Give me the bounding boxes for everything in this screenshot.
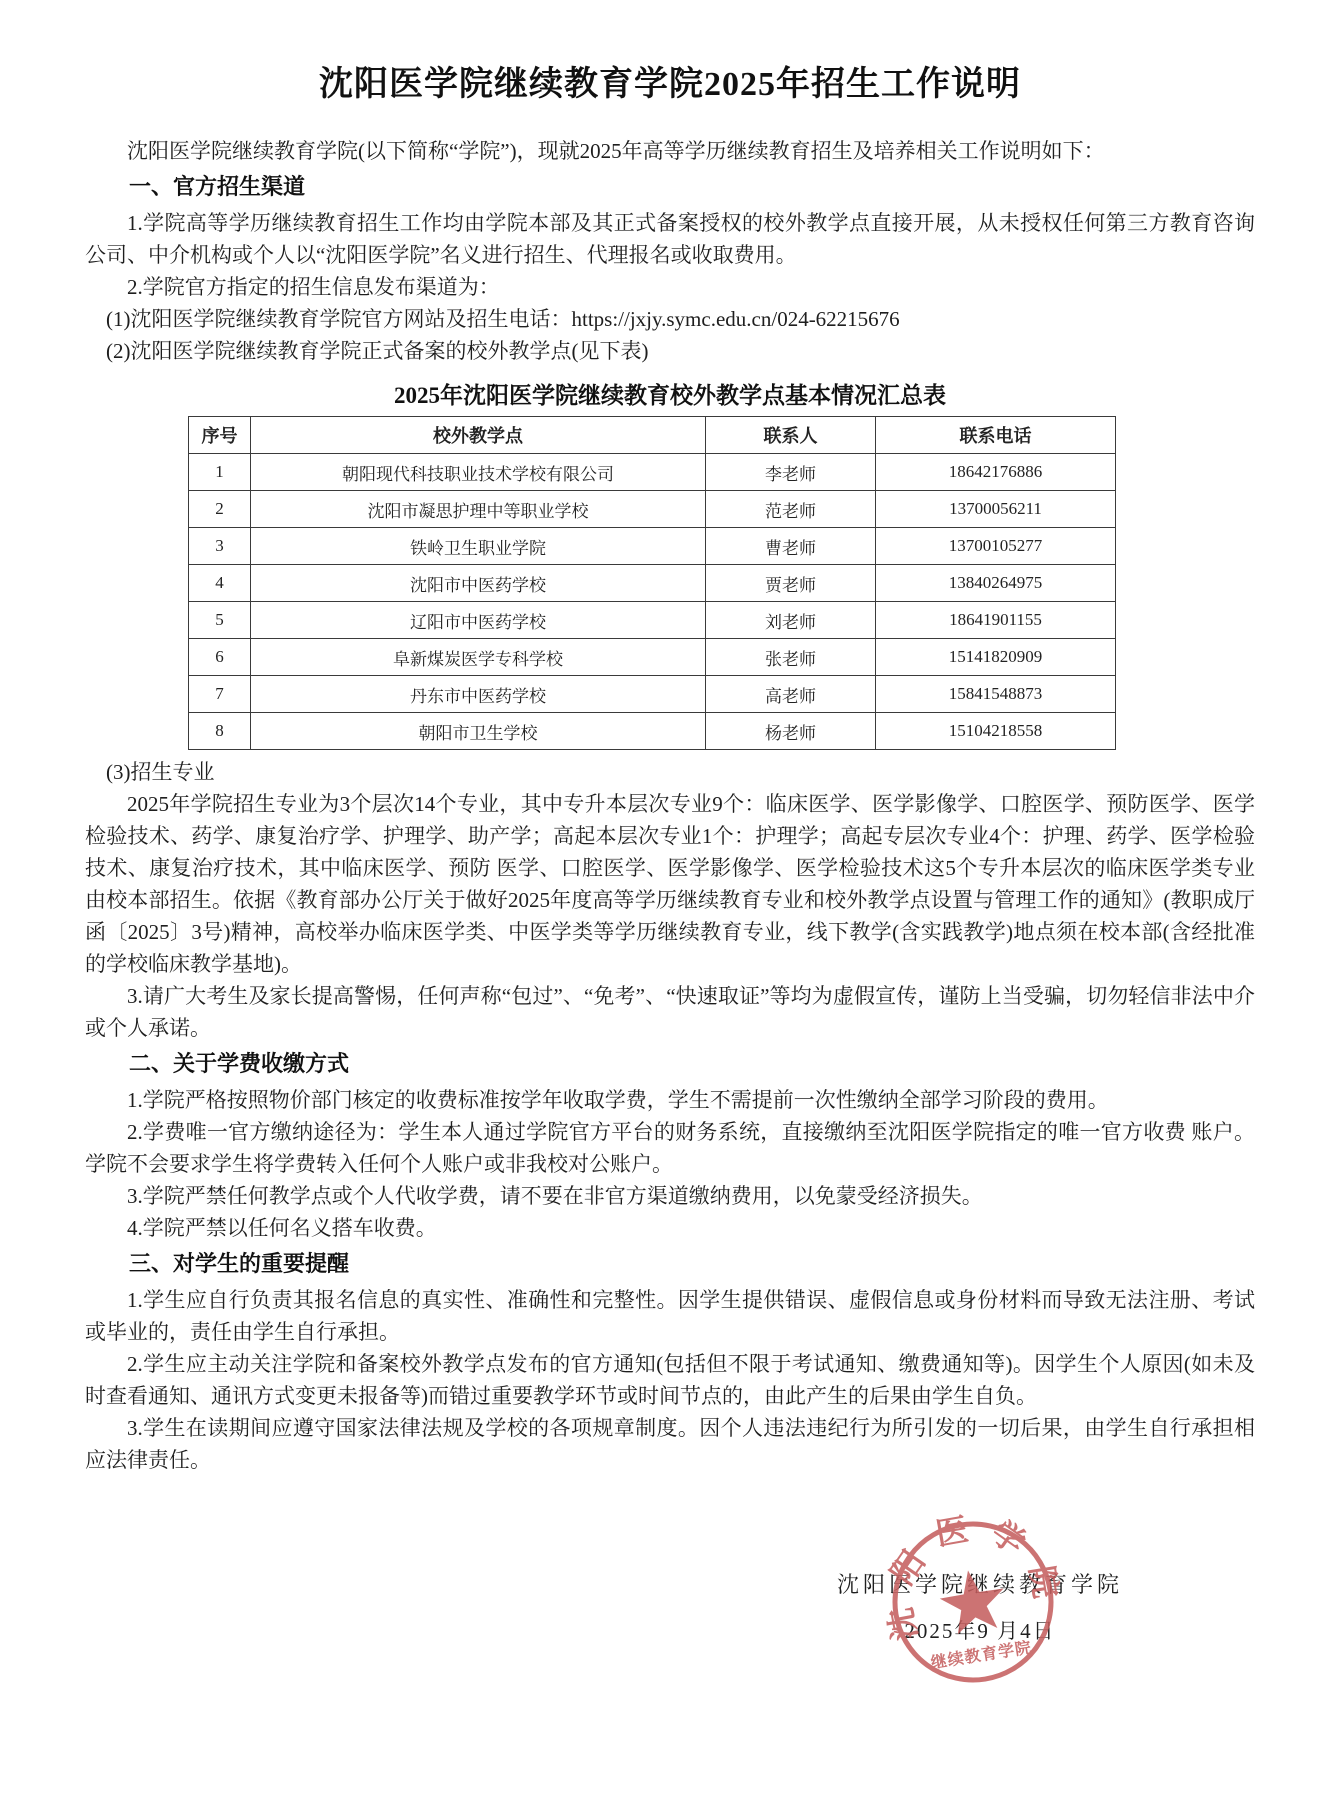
cell-serial: 6 [189,639,251,676]
signature-org: 沈阳医学院继续教育学院 [815,1568,1145,1602]
section-1-subitem-3: (3)招生专业 [85,756,1255,788]
section-1-heading: 一、官方招生渠道 [85,171,1255,203]
cell-serial: 8 [189,713,251,750]
cell-serial: 2 [189,491,251,528]
cell-phone: 13700105277 [876,528,1116,565]
cell-serial: 7 [189,676,251,713]
seal-ring [884,1513,1062,1691]
cell-phone: 13840264975 [876,565,1116,602]
header-serial: 序号 [189,417,251,454]
table-header-row: 序号 校外教学点 联系人 联系电话 [189,417,1116,454]
cell-phone: 18642176886 [876,454,1116,491]
cell-contact: 张老师 [706,639,876,676]
cell-contact: 刘老师 [706,602,876,639]
section-2-item: 3.学院严禁任何教学点或个人代收学费，请不要在非官方渠道缴纳费用，以免蒙受经济损… [85,1180,1255,1212]
header-school: 校外教学点 [251,417,706,454]
table-row: 1 朝阳现代科技职业技术学校有限公司 李老师 18642176886 [189,454,1116,491]
cell-school: 铁岭卫生职业学院 [251,528,706,565]
table-row: 3 铁岭卫生职业学院 曹老师 13700105277 [189,528,1116,565]
section-2-item: 2.学费唯一官方缴纳途径为：学生本人通过学院官方平台的财务系统，直接缴纳至沈阳医… [85,1116,1255,1180]
cell-contact: 李老师 [706,454,876,491]
header-contact: 联系人 [706,417,876,454]
document-title: 沈阳医学院继续教育学院2025年招生工作说明 [85,56,1255,105]
cell-school: 沈阳市凝思护理中等职业学校 [251,491,706,528]
cell-school: 朝阳市卫生学校 [251,713,706,750]
cell-serial: 5 [189,602,251,639]
table-row: 5 辽阳市中医药学校 刘老师 18641901155 [189,602,1116,639]
section-3-item: 2.学生应主动关注学院和备案校外教学点发布的官方通知(包括但不限于考试通知、缴费… [85,1348,1255,1412]
section-3-heading: 三、对学生的重要提醒 [85,1248,1255,1280]
section-1-item-1: 1.学院高等学历继续教育招生工作均由学院本部及其正式备案授权的校外教学点直接开展… [85,207,1255,271]
signature-block: 沈阳医学院继续教育学院 2025年9 月4日 沈阳医学院 继续教育学院 [815,1568,1145,1647]
header-phone: 联系电话 [876,417,1116,454]
section-3-item: 1.学生应自行负责其报名信息的真实性、准确性和完整性。因学生提供错误、虚假信息或… [85,1284,1255,1348]
section-2-heading: 二、关于学费收缴方式 [85,1048,1255,1080]
cell-phone: 15141820909 [876,639,1116,676]
table-row: 7 丹东市中医药学校 高老师 15841548873 [189,676,1116,713]
cell-phone: 15841548873 [876,676,1116,713]
cell-school: 辽阳市中医药学校 [251,602,706,639]
cell-phone: 15104218558 [876,713,1116,750]
cell-serial: 4 [189,565,251,602]
cell-phone: 13700056211 [876,491,1116,528]
section-1-item-2: 2.学院官方指定的招生信息发布渠道为： [85,271,1255,303]
cell-contact: 贾老师 [706,565,876,602]
intro-paragraph: 沈阳医学院继续教育学院(以下简称“学院”)，现就2025年高等学历继续教育招生及… [85,135,1255,167]
cell-contact: 范老师 [706,491,876,528]
teaching-points-table: 序号 校外教学点 联系人 联系电话 1 朝阳现代科技职业技术学校有限公司 李老师… [188,416,1116,750]
cell-school: 丹东市中医药学校 [251,676,706,713]
table-row: 2 沈阳市凝思护理中等职业学校 范老师 13700056211 [189,491,1116,528]
cell-contact: 曹老师 [706,528,876,565]
document-page: 沈阳医学院继续教育学院2025年招生工作说明 沈阳医学院继续教育学院(以下简称“… [0,0,1330,1800]
cell-school: 沈阳市中医药学校 [251,565,706,602]
cell-contact: 杨老师 [706,713,876,750]
cell-serial: 1 [189,454,251,491]
section-3-item: 3.学生在读期间应遵守国家法律法规及学校的各项规章制度。因个人违法违纪行为所引发… [85,1412,1255,1476]
table-row: 6 阜新煤炭医学专科学校 张老师 15141820909 [189,639,1116,676]
cell-serial: 3 [189,528,251,565]
section-2-item: 1.学院严格按照物价部门核定的收费标准按学年收取学费，学生不需提前一次性缴纳全部… [85,1084,1255,1116]
cell-school: 朝阳现代科技职业技术学校有限公司 [251,454,706,491]
table-row: 8 朝阳市卫生学校 杨老师 15104218558 [189,713,1116,750]
signature-date: 2025年9 月4日 [815,1615,1145,1647]
majors-paragraph: 2025年学院招生专业为3个层次14个专业，其中专升本层次专业9个：临床医学、医… [85,788,1255,980]
cell-phone: 18641901155 [876,602,1116,639]
table-title: 2025年沈阳医学院继续教育校外教学点基本情况汇总表 [85,377,1255,410]
cell-contact: 高老师 [706,676,876,713]
cell-school: 阜新煤炭医学专科学校 [251,639,706,676]
section-1-item-3: 3.请广大考生及家长提高警惕，任何声称“包过”、“免考”、“快速取证”等均为虚假… [85,980,1255,1044]
section-1-subitem-2: (2)沈阳医学院继续教育学院正式备案的校外教学点(见下表) [85,335,1255,367]
section-1-subitem-1: (1)沈阳医学院继续教育学院官方网站及招生电话：https://jxjy.sym… [85,303,1255,335]
table-row: 4 沈阳市中医药学校 贾老师 13840264975 [189,565,1116,602]
official-seal: 沈阳医学院 继续教育学院 [870,1499,1076,1705]
section-2-item: 4.学院严禁以任何名义搭车收费。 [85,1212,1255,1244]
